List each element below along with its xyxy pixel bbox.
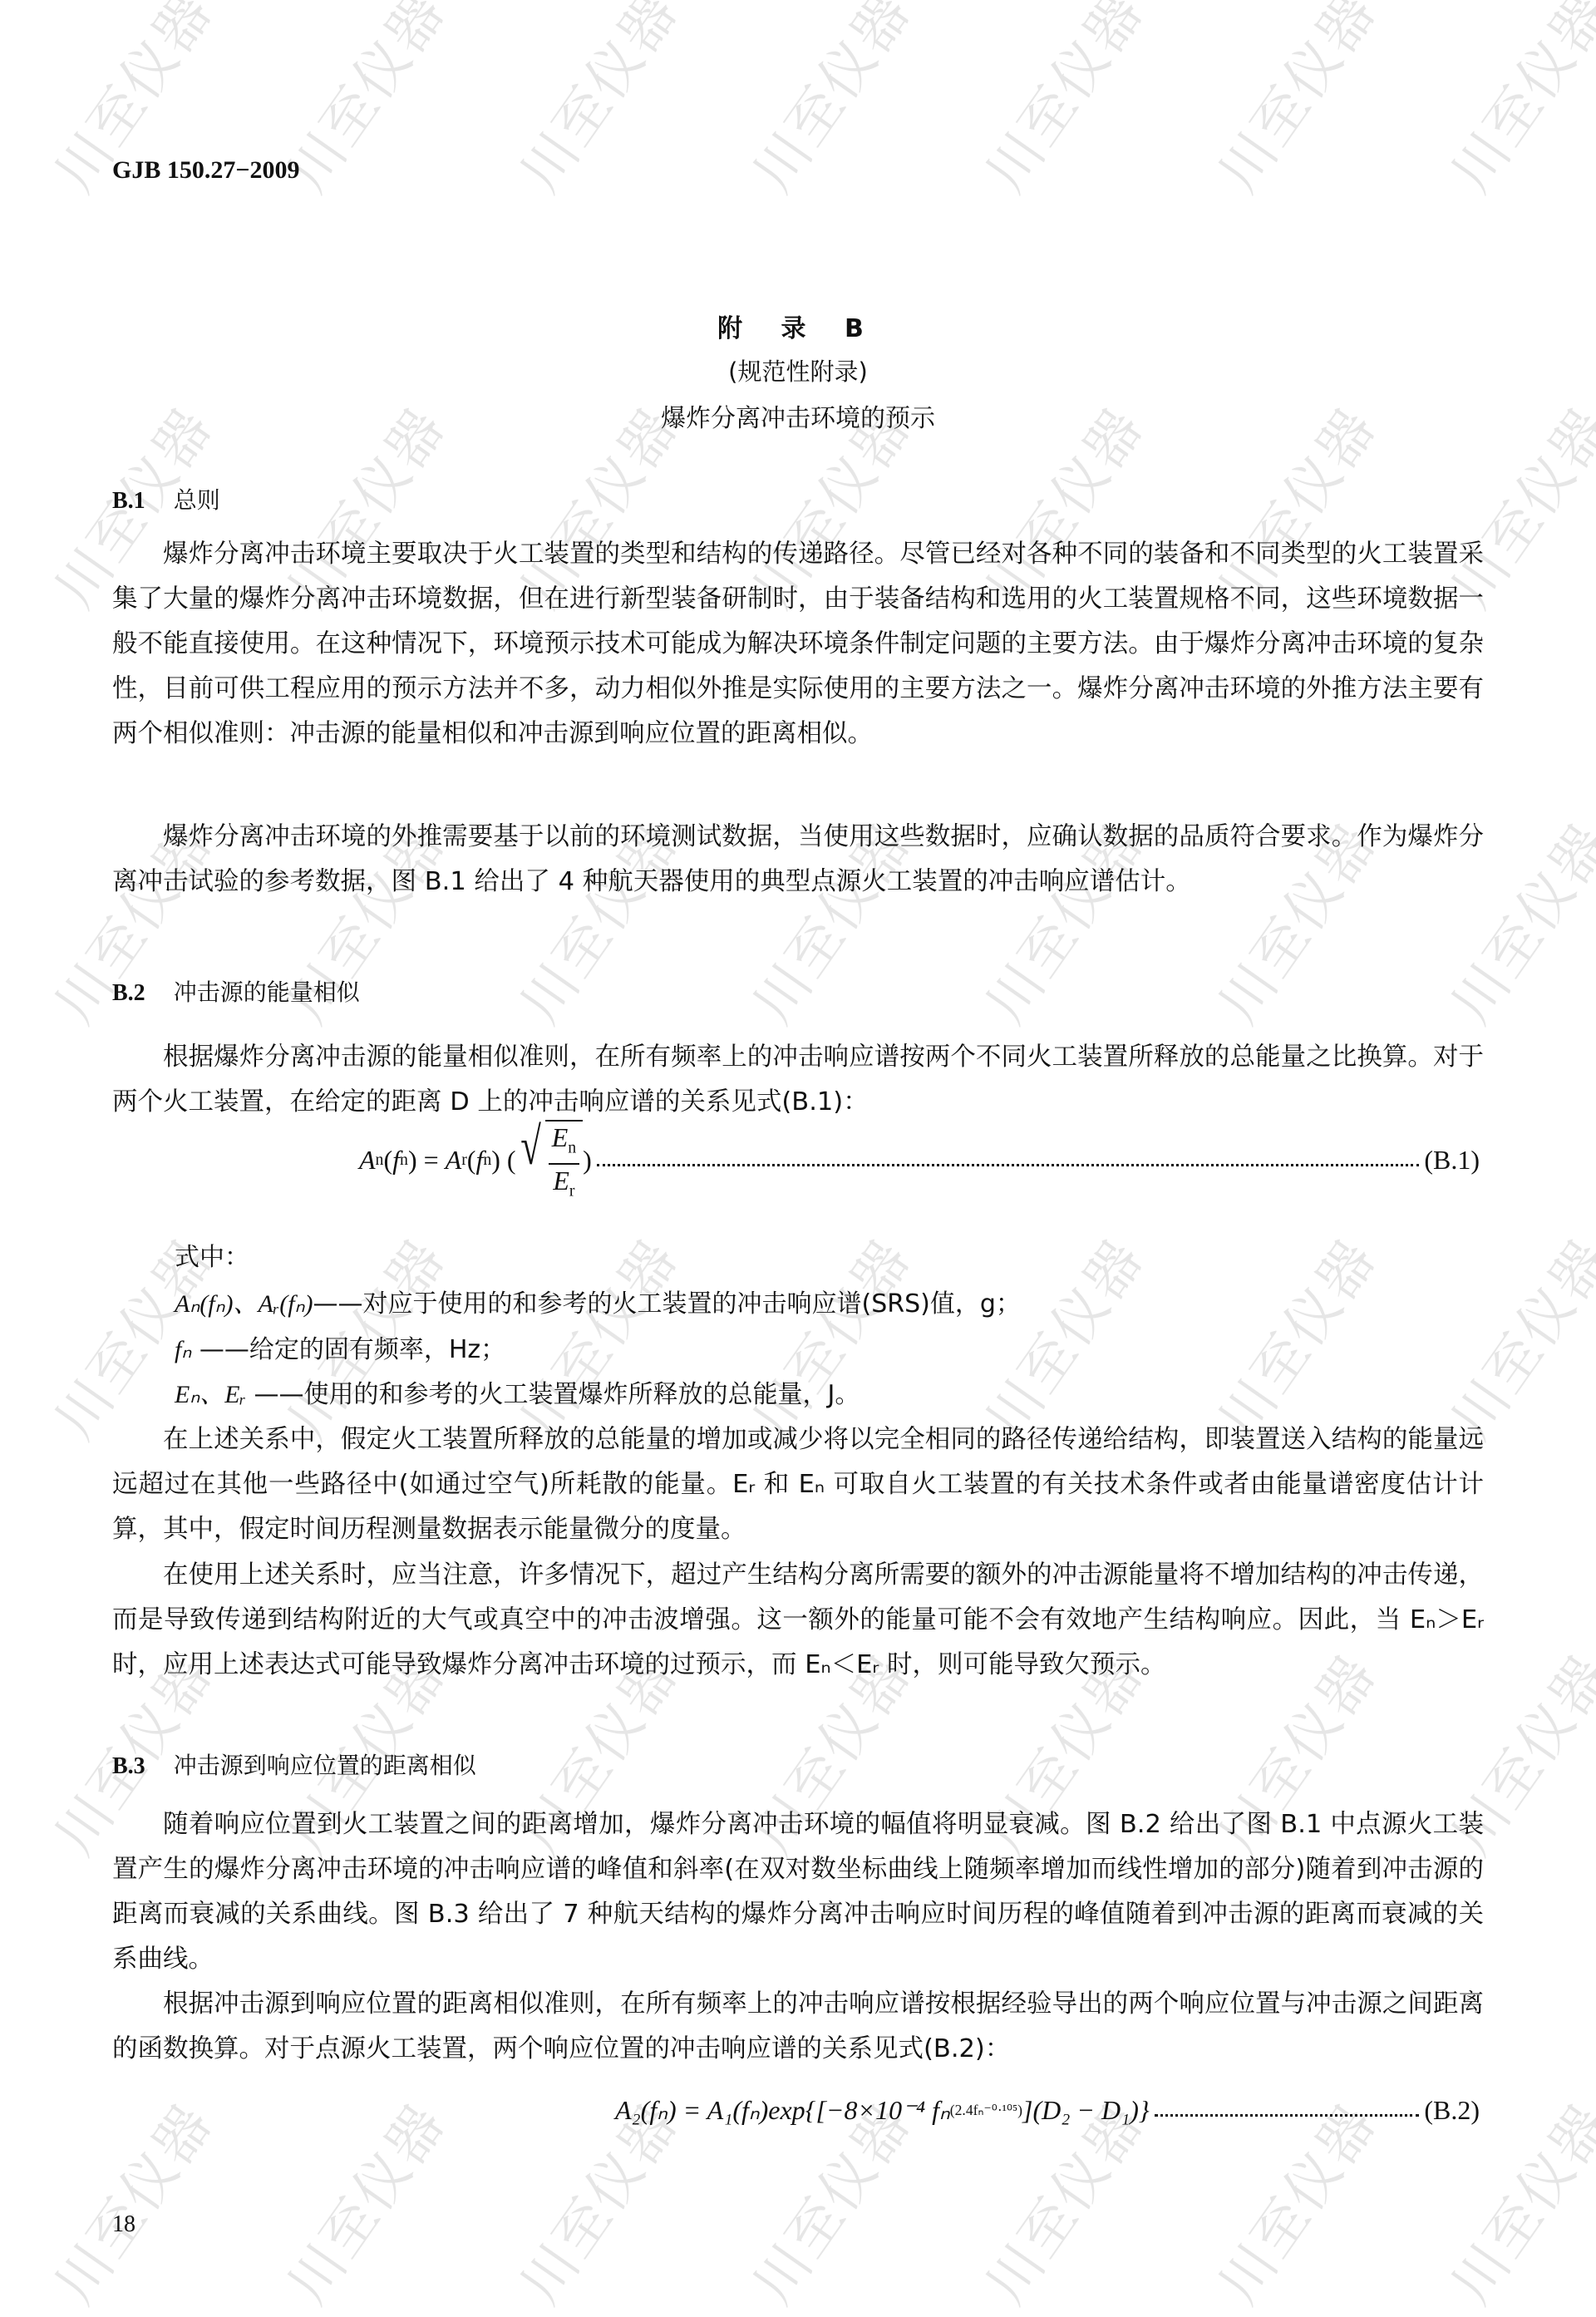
paragraph: 爆炸分离冲击环境主要取决于火工装置的类型和结构的传递路径。尽管已经对各种不同的装…	[112, 532, 1484, 757]
appendix-subtitle: (规范性附录)	[0, 353, 1596, 387]
appendix-title: 附 录 B	[0, 308, 1596, 344]
section-heading-b1: B.1总则	[112, 482, 220, 515]
formula-symbol: A	[359, 1145, 376, 1176]
section-title: 总则	[174, 486, 220, 514]
definition-desc: ——给定的固有频率，Hz；	[199, 1335, 505, 1364]
section-number: B.3	[112, 1753, 145, 1779]
formula-symbol: A	[446, 1145, 462, 1176]
definition-symbol: Eₙ、Eᵣ	[175, 1381, 246, 1408]
paragraph: 根据爆炸分离冲击源的能量相似准则，在所有频率上的冲击响应谱按两个不同火工装置所释…	[112, 1035, 1484, 1125]
formula-exponent: (2.4fₙ⁻⁰·¹⁰⁵)	[950, 2102, 1022, 2119]
definition-symbol: fₙ	[175, 1336, 191, 1363]
formula-subscript: r	[461, 1151, 467, 1170]
section-heading-b2: B.2冲击源的能量相似	[112, 974, 360, 1008]
formula-label: (B.1)	[1424, 1145, 1480, 1176]
formula-expression: ](D₂ − D₁)}	[1022, 2095, 1150, 2126]
formula-subscript: n	[483, 1151, 491, 1170]
leader-dots	[597, 1164, 1420, 1166]
section-title: 冲击源的能量相似	[174, 979, 360, 1006]
formula-symbol: f	[392, 1145, 400, 1176]
fraction: EnEr	[549, 1122, 579, 1207]
paragraph: 在上述关系中，假定火工装置所释放的总能量的增加或减少将以完全相同的路径传递给结构…	[112, 1417, 1484, 1552]
where-label: 式中：	[175, 1236, 249, 1273]
formula-symbol: E	[552, 1122, 569, 1152]
appendix-heading: 爆炸分离冲击环境的预示	[0, 397, 1596, 434]
formula-symbol: f	[475, 1145, 483, 1176]
formula-subscript: n	[376, 1151, 384, 1170]
leader-dots	[1155, 2114, 1420, 2117]
formula-expression: A₂(fₙ) = A₁(fₙ)exp{[−8×10⁻⁴ fₙ	[615, 2094, 950, 2126]
definition-desc: ——对应于使用的和参考的火工装置的冲击响应谱(SRS)值，g；	[313, 1289, 1021, 1319]
section-heading-b3: B.3冲击源到响应位置的距离相似	[112, 1748, 476, 1781]
standard-code: GJB 150.27−2009	[112, 156, 299, 185]
formula-subscript: r	[569, 1181, 575, 1200]
sqrt: √EnEr	[516, 1113, 584, 1207]
definition-item: fₙ ——给定的固有频率，Hz；	[175, 1329, 505, 1365]
page-number: 18	[112, 2211, 135, 2238]
formula-b1: An(fn) = Ar(fn) (√EnEr) (B.1)	[359, 1114, 1480, 1205]
formula-symbol: E	[553, 1166, 569, 1195]
formula-subscript: n	[568, 1138, 576, 1156]
paragraph: 在使用上述关系时，应当注意，许多情况下，超过产生结构分离所需要的额外的冲击源能量…	[112, 1553, 1484, 1688]
definition-symbol: Aₙ(fₙ)、Aᵣ(fₙ)	[175, 1290, 313, 1318]
paragraph: 随着响应位置到火工装置之间的距离增加，爆炸分离冲击环境的幅值将明显衰减。图 B.…	[112, 1802, 1484, 1982]
formula-label: (B.2)	[1424, 2095, 1480, 2126]
definition-desc: ——使用的和参考的火工装置爆炸所释放的总能量，J。	[254, 1380, 860, 1409]
formula-b2: A₂(fₙ) = A₁(fₙ)exp{[−8×10⁻⁴ fₙ(2.4fₙ⁻⁰·¹…	[615, 2085, 1480, 2135]
definition-item: Aₙ(fₙ)、Aᵣ(fₙ)——对应于使用的和参考的火工装置的冲击响应谱(SRS)…	[175, 1283, 1021, 1319]
formula-subscript: n	[400, 1151, 408, 1170]
document-page: GJB 150.27−2009 附 录 B (规范性附录) 爆炸分离冲击环境的预…	[0, 0, 1596, 2317]
section-number: B.2	[112, 980, 145, 1006]
section-title: 冲击源到响应位置的距离相似	[174, 1752, 476, 1779]
paragraph: 爆炸分离冲击环境的外推需要基于以前的环境测试数据，当使用这些数据时，应确认数据的…	[112, 815, 1484, 905]
section-number: B.1	[112, 488, 145, 514]
definition-item: Eₙ、Eᵣ ——使用的和参考的火工装置爆炸所释放的总能量，J。	[175, 1373, 860, 1410]
paragraph: 根据冲击源到响应位置的距离相似准则，在所有频率上的冲击响应谱按根据经验导出的两个…	[112, 1982, 1484, 2072]
